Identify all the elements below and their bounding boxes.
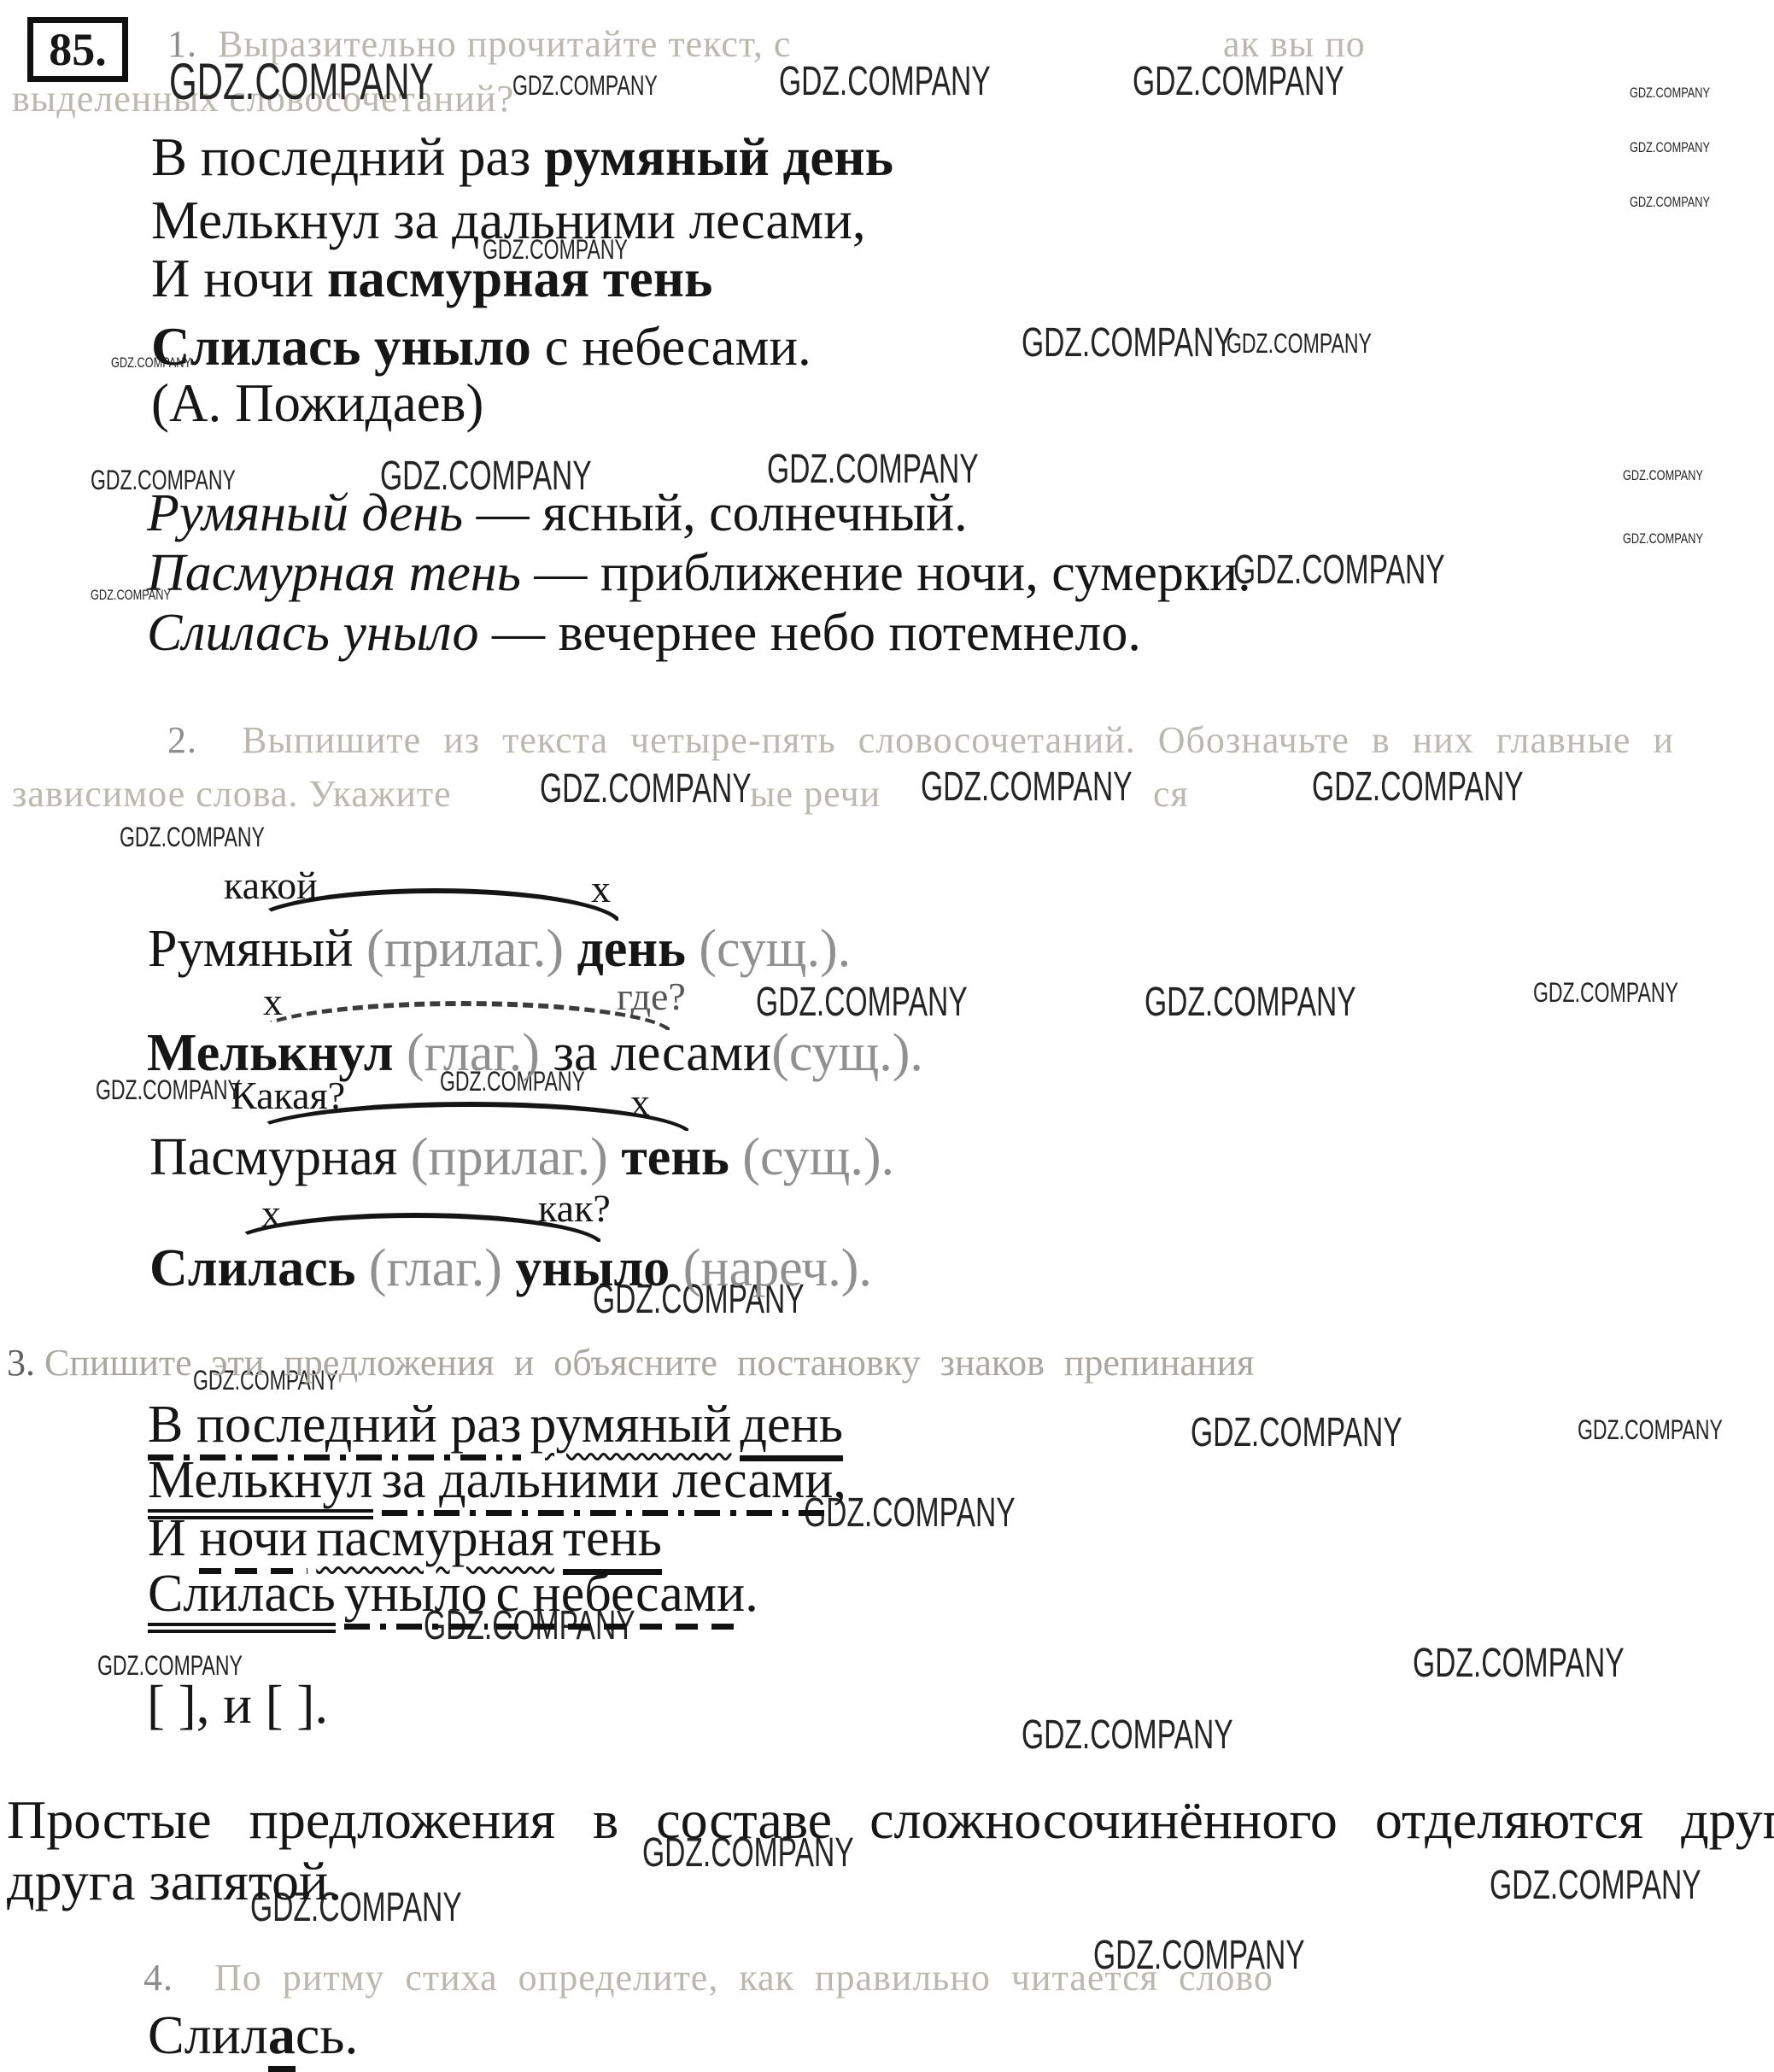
gdz-watermark: GDZ.COMPANY <box>756 982 968 1023</box>
punctuation: , <box>833 1451 846 1509</box>
poem-highlight: пасмурная тень <box>327 249 712 308</box>
poem-text: И ночи <box>151 249 327 308</box>
diagram1-phrase: Румяный (прилаг.) день (сущ.). <box>148 921 851 978</box>
diagram2-head-marker: х <box>263 980 283 1023</box>
word-part: сь. <box>296 2005 359 2065</box>
gdz-watermark: GDZ.COMPANY <box>1623 531 1703 546</box>
task2-number: 2. <box>167 719 197 761</box>
gdz-watermark: GDZ.COMPANY <box>1312 767 1524 808</box>
poem-attribution: (А. Пожидаев) <box>151 374 483 432</box>
poem-line-3: И ночи пасмурная тень <box>151 249 712 307</box>
gdz-watermark: GDZ.COMPANY <box>1630 85 1710 100</box>
exercise-number-box: 85. <box>27 17 128 82</box>
scanned-answer-page: 85. 1. Выразительно прочитайте текст, с … <box>0 0 1774 2072</box>
poem-text: В последний раз <box>151 127 544 187</box>
attribute-underline: пасмурная <box>316 1512 554 1566</box>
poem-highlight: Слилась уныло <box>151 317 531 377</box>
task4-number: 4. <box>143 1957 173 1999</box>
head-word: тень <box>621 1128 742 1186</box>
poem-line-2: Мелькнул за дальними лесами, <box>151 191 866 249</box>
task2-line2: зависимое слова. Укажите <box>12 774 452 815</box>
task2-fragment: ые речи <box>750 774 881 815</box>
head-word: день <box>577 920 699 978</box>
rule-line-2: друга запятой. <box>7 1852 342 1911</box>
exercise-number: 85. <box>49 23 107 76</box>
gdz-watermark: GDZ.COMPANY <box>1578 1416 1723 1443</box>
sentence-scheme: [ ], и [ ]. <box>147 1676 328 1734</box>
definition-meaning: — ясный, солнечный. <box>463 484 968 542</box>
part-of-speech: (сущ.). <box>771 1024 923 1082</box>
gdz-watermark: GDZ.COMPANY <box>1191 1413 1402 1454</box>
gdz-watermark: GDZ.COMPANY <box>120 823 265 851</box>
part-of-speech: (глаг.) <box>369 1239 515 1297</box>
adverbial-underline: уныло <box>344 1567 488 1630</box>
task2-fragment: ся <box>1153 774 1189 815</box>
task2-line1: 2. Выпишите из текста четыре-пять словос… <box>167 720 1674 761</box>
gdz-watermark: GDZ.COMPANY <box>1630 195 1710 209</box>
definition-line: Румяный день — ясный, солнечный. <box>147 485 968 542</box>
diagram3-phrase: Пасмурная (прилаг.) тень (сущ.). <box>149 1129 894 1186</box>
gdz-watermark: GDZ.COMPANY <box>1490 1865 1701 1906</box>
part-of-speech: (прилаг.) <box>411 1128 622 1186</box>
poem-line-4: Слилась уныло с небесами. <box>151 318 811 376</box>
diagram1-head-marker: х <box>591 868 611 910</box>
poem-line-1: В последний раз румяный день <box>151 128 893 186</box>
adverbial-underline: за дальними лесами <box>382 1454 834 1516</box>
poem-highlight: румяный день <box>544 127 893 187</box>
gdz-watermark: GDZ.COMPANY <box>1133 61 1344 102</box>
dependent-word: Пасмурная <box>149 1128 411 1186</box>
part-of-speech: (нареч.). <box>683 1239 872 1297</box>
dependent-word: уныло <box>515 1239 682 1297</box>
definition-term: Пасмурная тень <box>147 544 521 602</box>
gdz-watermark: GDZ.COMPANY <box>1413 1643 1625 1684</box>
part-of-speech: (прилаг.) <box>366 920 577 978</box>
diagram4-phrase: Слилась (глаг.) уныло (нареч.). <box>149 1240 872 1297</box>
gdz-watermark: GDZ.COMPANY <box>1533 979 1678 1006</box>
task4-text: По ритму стиха определите, как правильно… <box>214 1957 1273 1999</box>
task3-line: 3. Спишите эти предложения и объясните п… <box>7 1343 1254 1384</box>
gdz-watermark: GDZ.COMPANY <box>1233 550 1445 591</box>
definition-line: Пасмурная тень — приближение ночи, сумер… <box>147 545 1251 602</box>
poem-text: с небесами. <box>531 317 811 377</box>
gdz-watermark: GDZ.COMPANY <box>921 767 1133 808</box>
part-of-speech: (глаг.) <box>407 1024 553 1082</box>
gdz-watermark: GDZ.COMPANY <box>1623 468 1703 483</box>
object-underline: с небесами <box>496 1567 746 1630</box>
rule-line-1: Простые предложения в составе сложносочи… <box>7 1790 1774 1849</box>
attribute-underline: румяный <box>530 1398 731 1452</box>
gdz-watermark: GDZ.COMPANY <box>779 61 991 102</box>
definition-meaning: — вечернее небо потемнело. <box>478 604 1140 662</box>
task2-text: Выпишите из текста четыре-пять словосоче… <box>242 719 1674 761</box>
gdz-watermark: GDZ.COMPANY <box>540 769 752 810</box>
gdz-watermark: GDZ.COMPANY <box>1630 140 1710 155</box>
task3-text: Спишите эти предложения и объясните пост… <box>44 1342 1254 1384</box>
word-part: Слил <box>148 2005 268 2065</box>
task3-number: 3. <box>7 1342 35 1384</box>
dependent-word: Румяный <box>148 920 366 978</box>
part-of-speech: (сущ.). <box>742 1128 894 1186</box>
gdz-watermark: GDZ.COMPANY <box>1022 323 1233 364</box>
plain-word: И <box>148 1509 199 1567</box>
definition-line: Слилась уныло — вечернее небо потемнело. <box>147 605 1141 662</box>
predicate-underline: Слилась <box>148 1567 336 1633</box>
diagram2-question: где? <box>617 975 686 1018</box>
definition-term: Румяный день <box>147 484 463 542</box>
dependent-word: за лесами <box>553 1024 771 1082</box>
stress-answer-word: Слилась. <box>148 2005 358 2064</box>
head-word: Слилась <box>149 1239 369 1297</box>
stressed-letter: а <box>268 2005 296 2072</box>
gdz-watermark: GDZ.COMPANY <box>1022 1715 1233 1756</box>
definition-meaning: — приближение ночи, сумерки. <box>521 544 1251 602</box>
definition-term: Слилась уныло <box>147 604 478 662</box>
gdz-watermark: GDZ.COMPANY <box>1145 982 1356 1023</box>
task4-line: 4. По ритму стиха определите, как правил… <box>143 1958 1273 1999</box>
punctuation: . <box>745 1565 758 1623</box>
gdz-watermark: GDZ.COMPANY <box>1227 330 1372 357</box>
parsed-line-4: Слиласьунылос небесами. <box>148 1566 758 1633</box>
gdz-watermark: GDZ.COMPANY <box>169 56 434 108</box>
part-of-speech: (сущ.). <box>699 920 851 978</box>
gdz-watermark: GDZ.COMPANY <box>512 72 658 99</box>
